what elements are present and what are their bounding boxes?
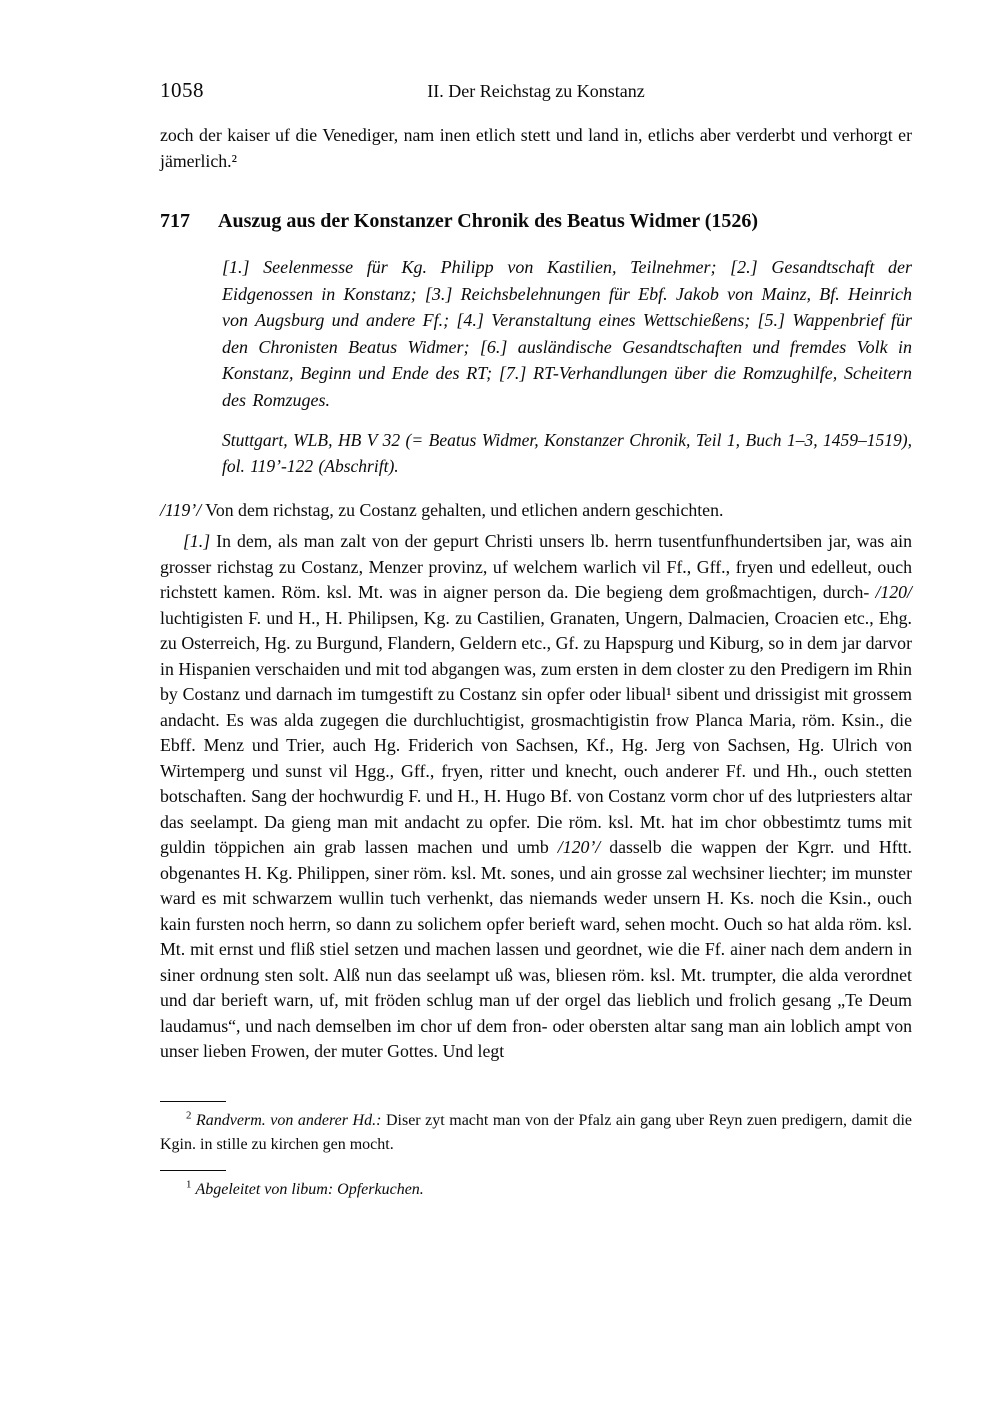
footnote-text: Abgeleitet von libum: Opferkuchen. [195,1181,423,1198]
body-text-part: luchtigisten F. und H., H. Philipsen, Kg… [160,608,912,858]
folio-marker: /120/ [875,582,912,602]
footnote-number: 2 [186,1109,191,1121]
footnotes-section: 2 Randverm. von anderer Hd.: Diser zyt m… [160,1101,912,1203]
footnote-divider-rule [160,1101,226,1102]
document-heading: 717Auszug aus der Konstanzer Chronik des… [160,208,912,234]
body-text-part: dasselb die wappen der Kgrr. und Hftt. o… [160,837,912,1061]
running-title: II. Der Reichstag zu Konstanz [160,81,912,102]
page-header: 1058 II. Der Reichstag zu Konstanz [160,78,912,104]
footnote-divider-rule [160,1170,226,1171]
section-marker: [1.] [183,531,210,551]
folio-marker: /119’/ [160,500,201,520]
footnote-number: 1 [186,1178,191,1190]
chronicle-body-paragraph: [1.] In dem, als man zalt von der gepurt… [160,529,912,1065]
footnote-2: 2 Randverm. von anderer Hd.: Diser zyt m… [160,1109,912,1158]
body-text-part: In dem, als man zalt von der gepurt Chri… [160,531,912,602]
chronicle-title-text: Von dem richstag, zu Costanz gehalten, u… [205,500,723,520]
regest-summary: [1.] Seelenmesse für Kg. Philipp von Kas… [222,254,912,413]
book-page: 1058 II. Der Reichstag zu Konstanz zoch … [0,0,1004,1418]
document-number: 717 [160,208,218,234]
source-citation: Stuttgart, WLB, HB V 32 (= Beatus Widmer… [222,427,912,479]
folio-marker: /120’/ [558,837,600,857]
document-title: Auszug aus der Konstanzer Chronik des Be… [218,210,758,232]
footnote-italic-lead: Randverm. von anderer Hd.: [196,1112,381,1129]
footnote-1: 1 Abgeleitet von libum: Opferkuchen. [160,1178,912,1203]
chronicle-title-line: /119’/ Von dem richstag, zu Costanz geha… [160,497,912,523]
continuation-paragraph: zoch der kaiser uf die Venediger, nam in… [160,122,912,174]
